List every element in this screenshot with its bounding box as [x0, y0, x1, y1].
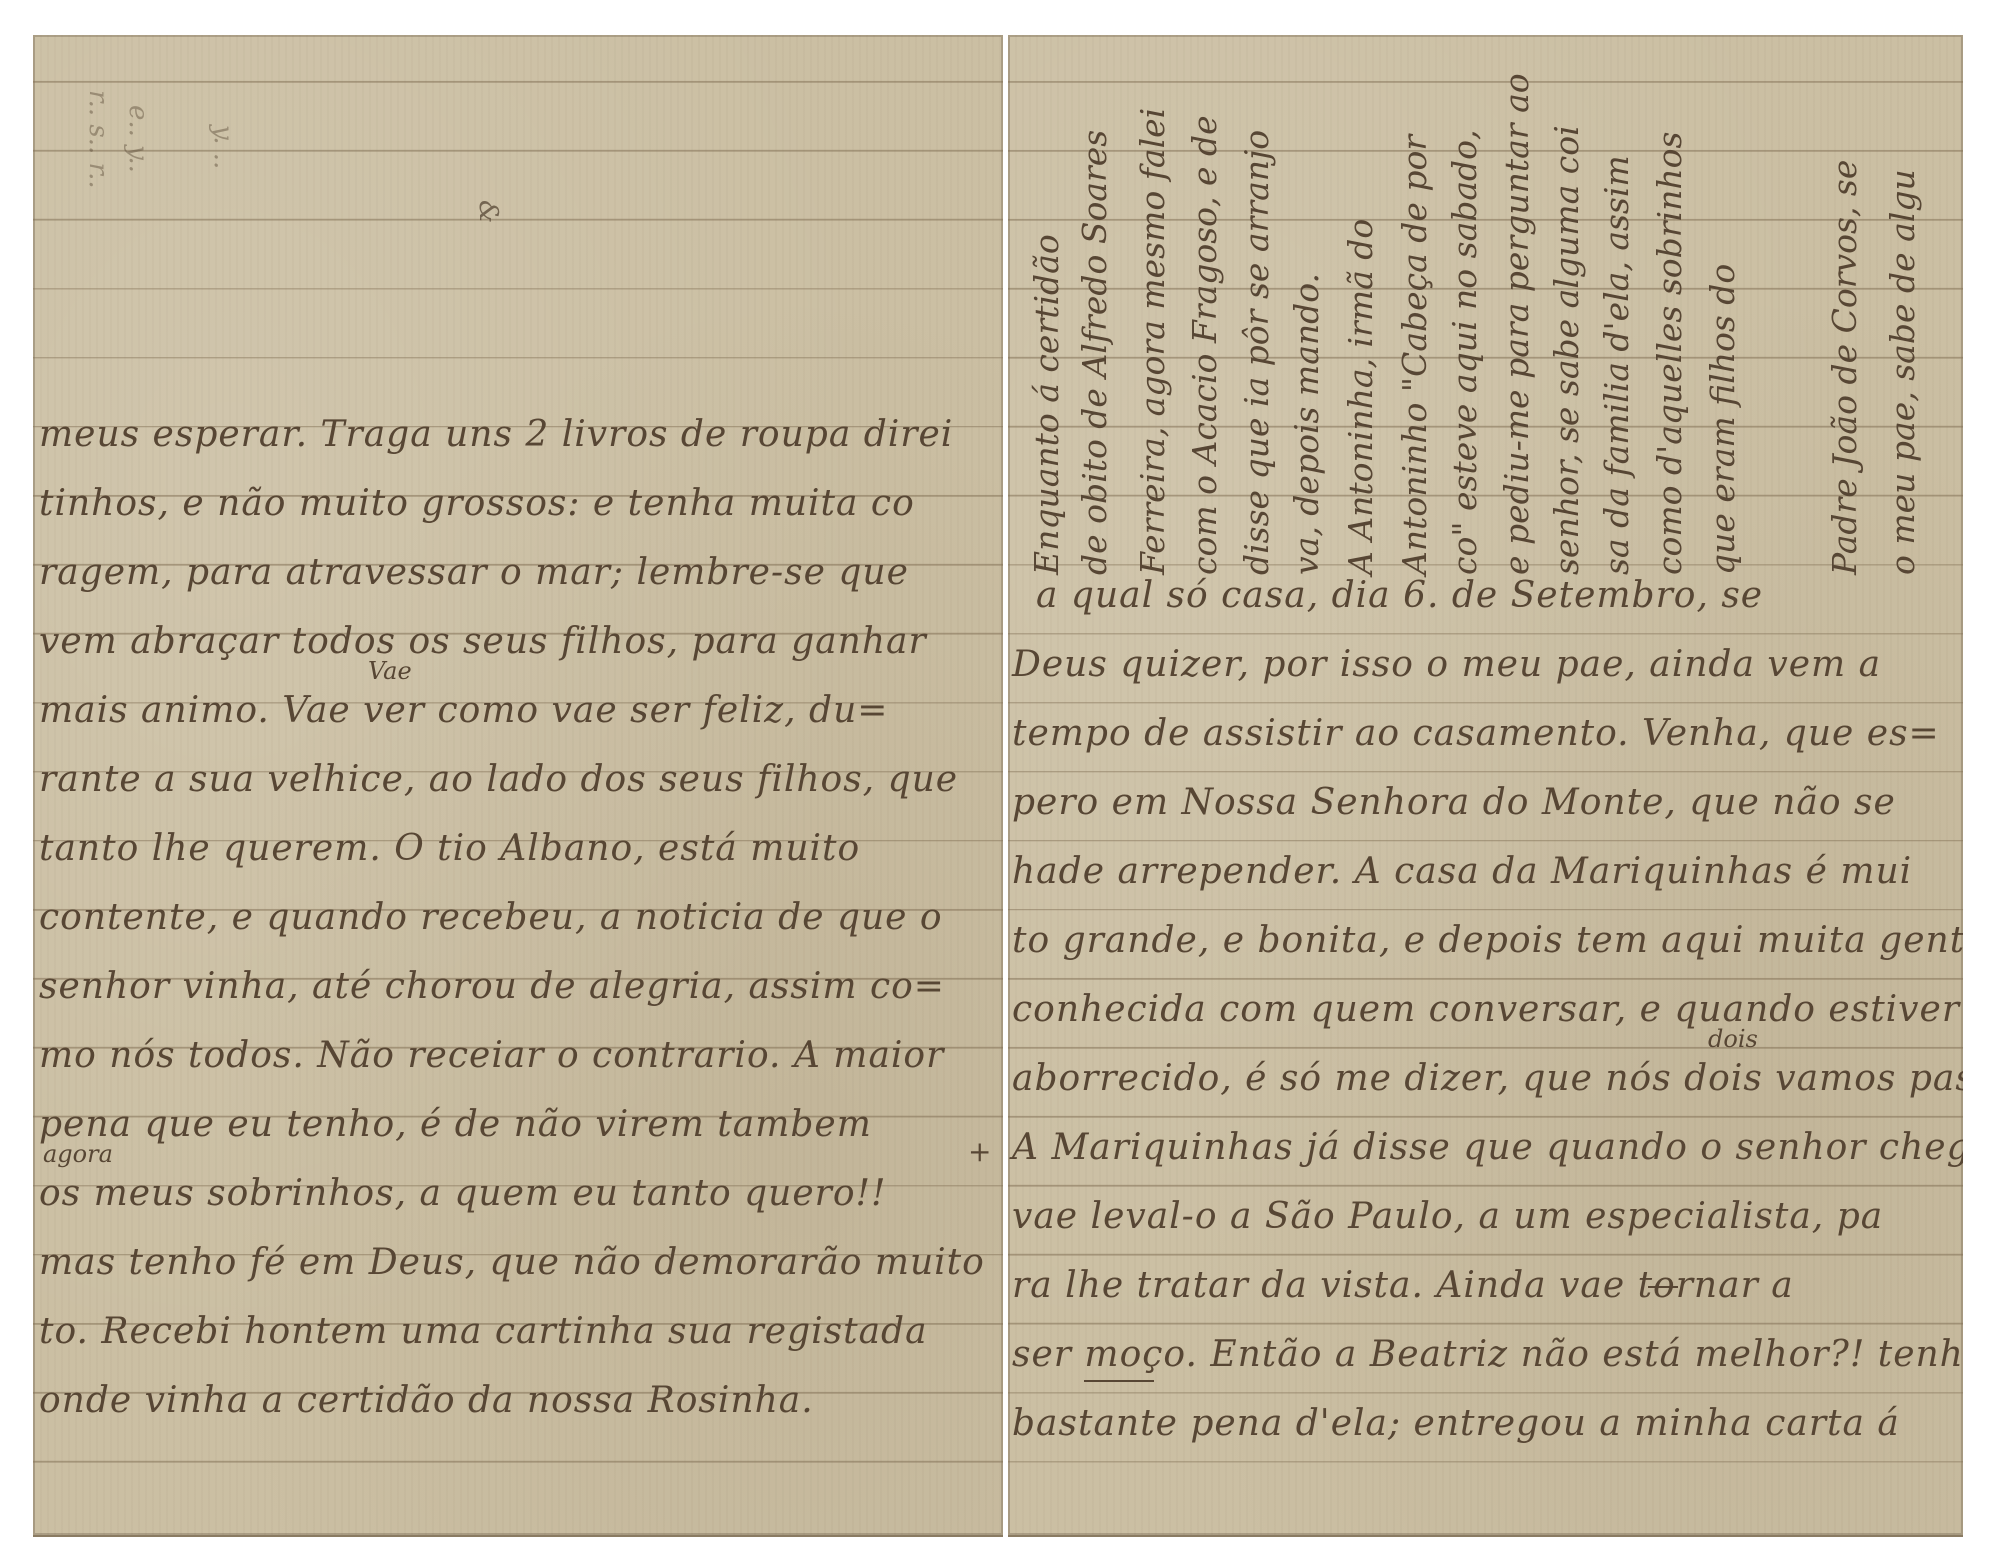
vertical-text-line: como d'aquelles sobrinhos — [1653, 55, 1686, 575]
text-line: A Mariquinhas já disse que quando o senh… — [1012, 1130, 1963, 1166]
strikethrough-mark — [1648, 1286, 1678, 1288]
text-line: vem abraçar todos os seus filhos, para g… — [39, 624, 927, 660]
text-line: contente, e quando recebeu, a noticia de… — [39, 900, 943, 936]
vertical-text-line: com o Acacio Fragoso, e de — [1188, 55, 1221, 575]
vertical-text-line: Enquanto á certidão — [1030, 55, 1063, 575]
text-line: pena que eu tenho, é de não virem tambem — [39, 1107, 872, 1143]
vertical-text-line: o meu pae, sabe de algu — [1886, 55, 1919, 575]
vertical-text-line: disse que ia pôr se arranjo — [1240, 55, 1273, 575]
insertion-mark: + — [968, 1135, 991, 1168]
text-line: aborrecido, é só me dizer, que nós dois … — [1012, 1061, 1963, 1097]
text-line: tempo de assistir ao casamento. Venha, q… — [1012, 716, 1940, 752]
faded-marks: e.. y.. — [123, 105, 153, 335]
text-line: senhor vinha, até chorou de alegria, ass… — [39, 969, 945, 1005]
vertical-text-line: senhor, se sabe alguma coi — [1550, 55, 1583, 575]
text-line: tanto lhe querem. O tio Albano, está mui… — [39, 831, 860, 867]
text-line: hade arrepender. A casa da Mariquinhas é… — [1012, 854, 1912, 890]
text-line: to. Recebi hontem uma cartinha sua regis… — [39, 1314, 928, 1350]
text-line: ragem, para atravessar o mar; lembre-se … — [39, 555, 909, 591]
vertical-text-line: de obito de Alfredo Soares — [1078, 55, 1111, 575]
faded-marks: & — [473, 200, 503, 250]
text-line: rante a sua velhice, ao lado dos seus fi… — [39, 762, 958, 798]
vertical-text-line: co" esteve aqui no sabado, — [1448, 55, 1481, 575]
text-line: mas tenho fé em Deus, que não demorarão … — [39, 1245, 985, 1281]
faded-marks: y. .. — [208, 125, 238, 325]
text-line: os meus sobrinhos, a quem eu tanto quero… — [39, 1176, 886, 1212]
vertical-text-line: sa da familia d'ela, assim — [1600, 55, 1633, 575]
underline-mark — [1084, 1380, 1154, 1382]
letter-page-left: r.. s.. r.. e.. y.. y. .. & meus esperar… — [33, 35, 1003, 1535]
vertical-text-line: A Antoninha, irmã do — [1344, 55, 1377, 575]
text-line: pero em Nossa Senhora do Monte, que não … — [1012, 785, 1896, 821]
text-line: meus esperar. Traga uns 2 livros de roup… — [39, 417, 953, 453]
text-line: vae leval-o a São Paulo, a um especialis… — [1012, 1199, 1883, 1235]
text-line: to grande, e bonita, e depois tem aqui m… — [1012, 923, 1963, 959]
vertical-text-line: Padre João de Corvos, se — [1828, 55, 1861, 575]
text-line: onde vinha a certidão da nossa Rosinha. — [39, 1383, 814, 1419]
text-line: a qual só casa, dia 6. de Setembro, se — [1036, 578, 1763, 614]
text-line: mais animo. Vae ver como vae ser feliz, … — [39, 693, 888, 729]
text-line: tinhos, e não muito grossos: e tenha mui… — [39, 486, 915, 522]
text-line: ser moço. Então a Beatriz não está melho… — [1012, 1337, 1963, 1373]
vertical-text-line: Ferreira, agora mesmo falei — [1136, 55, 1169, 575]
text-line: bastante pena d'ela; entregou a minha ca… — [1012, 1406, 1900, 1442]
insertion-annotation: agora — [43, 1140, 113, 1168]
annotation-above-line: dois — [1708, 1025, 1758, 1053]
text-line: conhecida com quem conversar, e quando e… — [1012, 992, 1960, 1028]
vertical-text-line: Antoninho "Cabeça de por — [1398, 55, 1431, 575]
vertical-text-line: e pediu-me para perguntar ao — [1500, 55, 1533, 575]
text-line: mo nós todos. Não receiar o contrario. A… — [39, 1038, 944, 1074]
letter-page-right: Enquanto á certidão de obito de Alfredo … — [1008, 35, 1963, 1535]
vertical-text-line: que eram filhos do — [1706, 55, 1739, 575]
vertical-text-line: va, depois mando. — [1290, 55, 1323, 575]
text-line: Deus quizer, por isso o meu pae, ainda v… — [1012, 647, 1881, 683]
faded-marks: r.. s.. r.. — [83, 90, 113, 350]
annotation-above-line: Vae — [368, 657, 412, 685]
